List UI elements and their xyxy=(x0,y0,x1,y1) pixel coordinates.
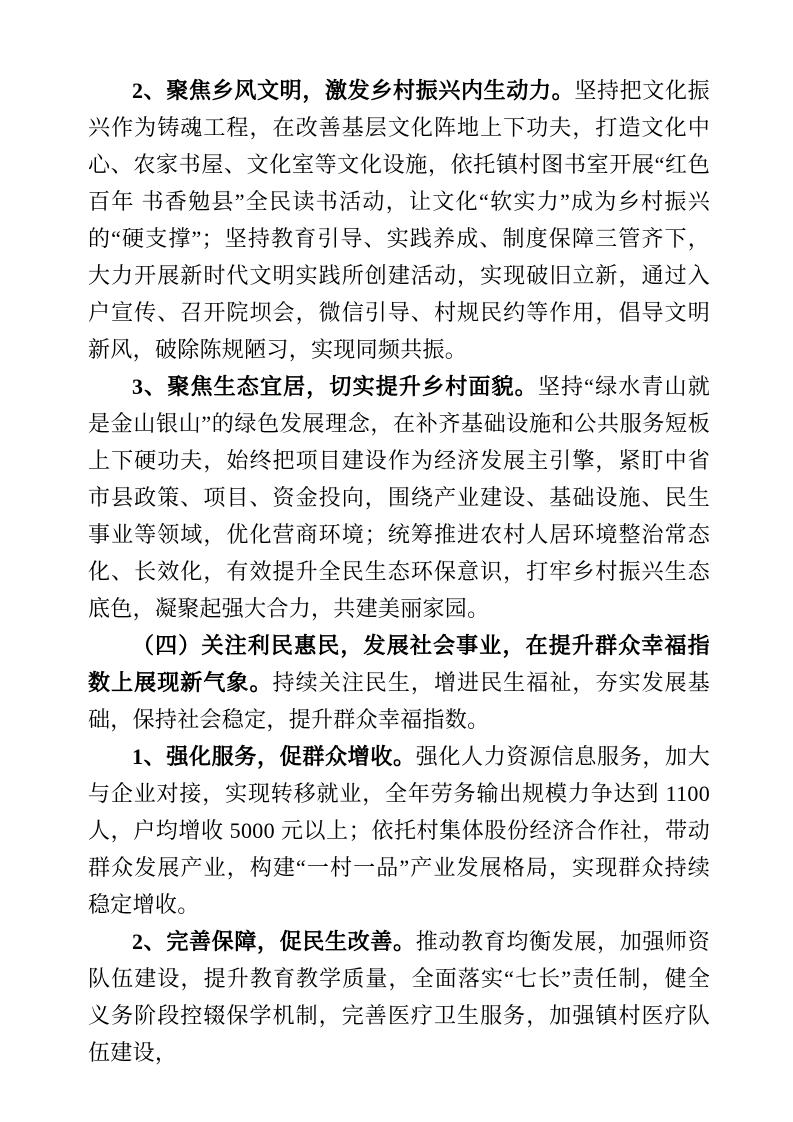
document-page: 2、聚焦乡风文明，激发乡村振兴内生动力。坚持把文化振兴作为铸魂工程，在改善基层文… xyxy=(0,0,793,1122)
paragraph-services-income: 1、强化服务，促群众增收。强化人力资源信息服务，加大与企业对接，实现转移就业，全… xyxy=(88,738,710,923)
paragraph-lead: 2、聚焦乡风文明，激发乡村振兴内生动力。 xyxy=(132,78,574,103)
paragraph-lead: 3、聚焦生态宜居，切实提升乡村面貌。 xyxy=(132,374,538,399)
paragraph-text: 强化人力资源信息服务，加大与企业对接，实现转移就业，全年劳务输出规模力争达到 1… xyxy=(88,744,710,917)
paragraph-text: 坚持“绿水青山就是金山银山”的绿色发展理念，在补齐基础设施和公共服务短板上下硬功… xyxy=(88,374,710,621)
paragraph-ecology: 3、聚焦生态宜居，切实提升乡村面貌。坚持“绿水青山就是金山银山”的绿色发展理念，… xyxy=(88,368,710,627)
paragraph-rural-culture: 2、聚焦乡风文明，激发乡村振兴内生动力。坚持把文化振兴作为铸魂工程，在改善基层文… xyxy=(88,72,710,368)
paragraph-lead: 1、强化服务，促群众增收。 xyxy=(132,744,416,769)
document-body: 2、聚焦乡风文明，激发乡村振兴内生动力。坚持把文化振兴作为铸魂工程，在改善基层文… xyxy=(88,72,710,1071)
paragraph-text: 坚持把文化振兴作为铸魂工程，在改善基层文化阵地上下功夫，打造文化中心、农家书屋、… xyxy=(88,78,710,362)
paragraph-section-four-heading: （四）关注利民惠民，发展社会事业，在提升群众幸福指数上展现新气象。持续关注民生，… xyxy=(88,627,710,738)
paragraph-livelihood-guarantee: 2、完善保障，促民生改善。推动教育均衡发展，加强师资队伍建设，提升教育教学质量，… xyxy=(88,923,710,1071)
paragraph-lead: 2、完善保障，促民生改善。 xyxy=(132,929,416,954)
